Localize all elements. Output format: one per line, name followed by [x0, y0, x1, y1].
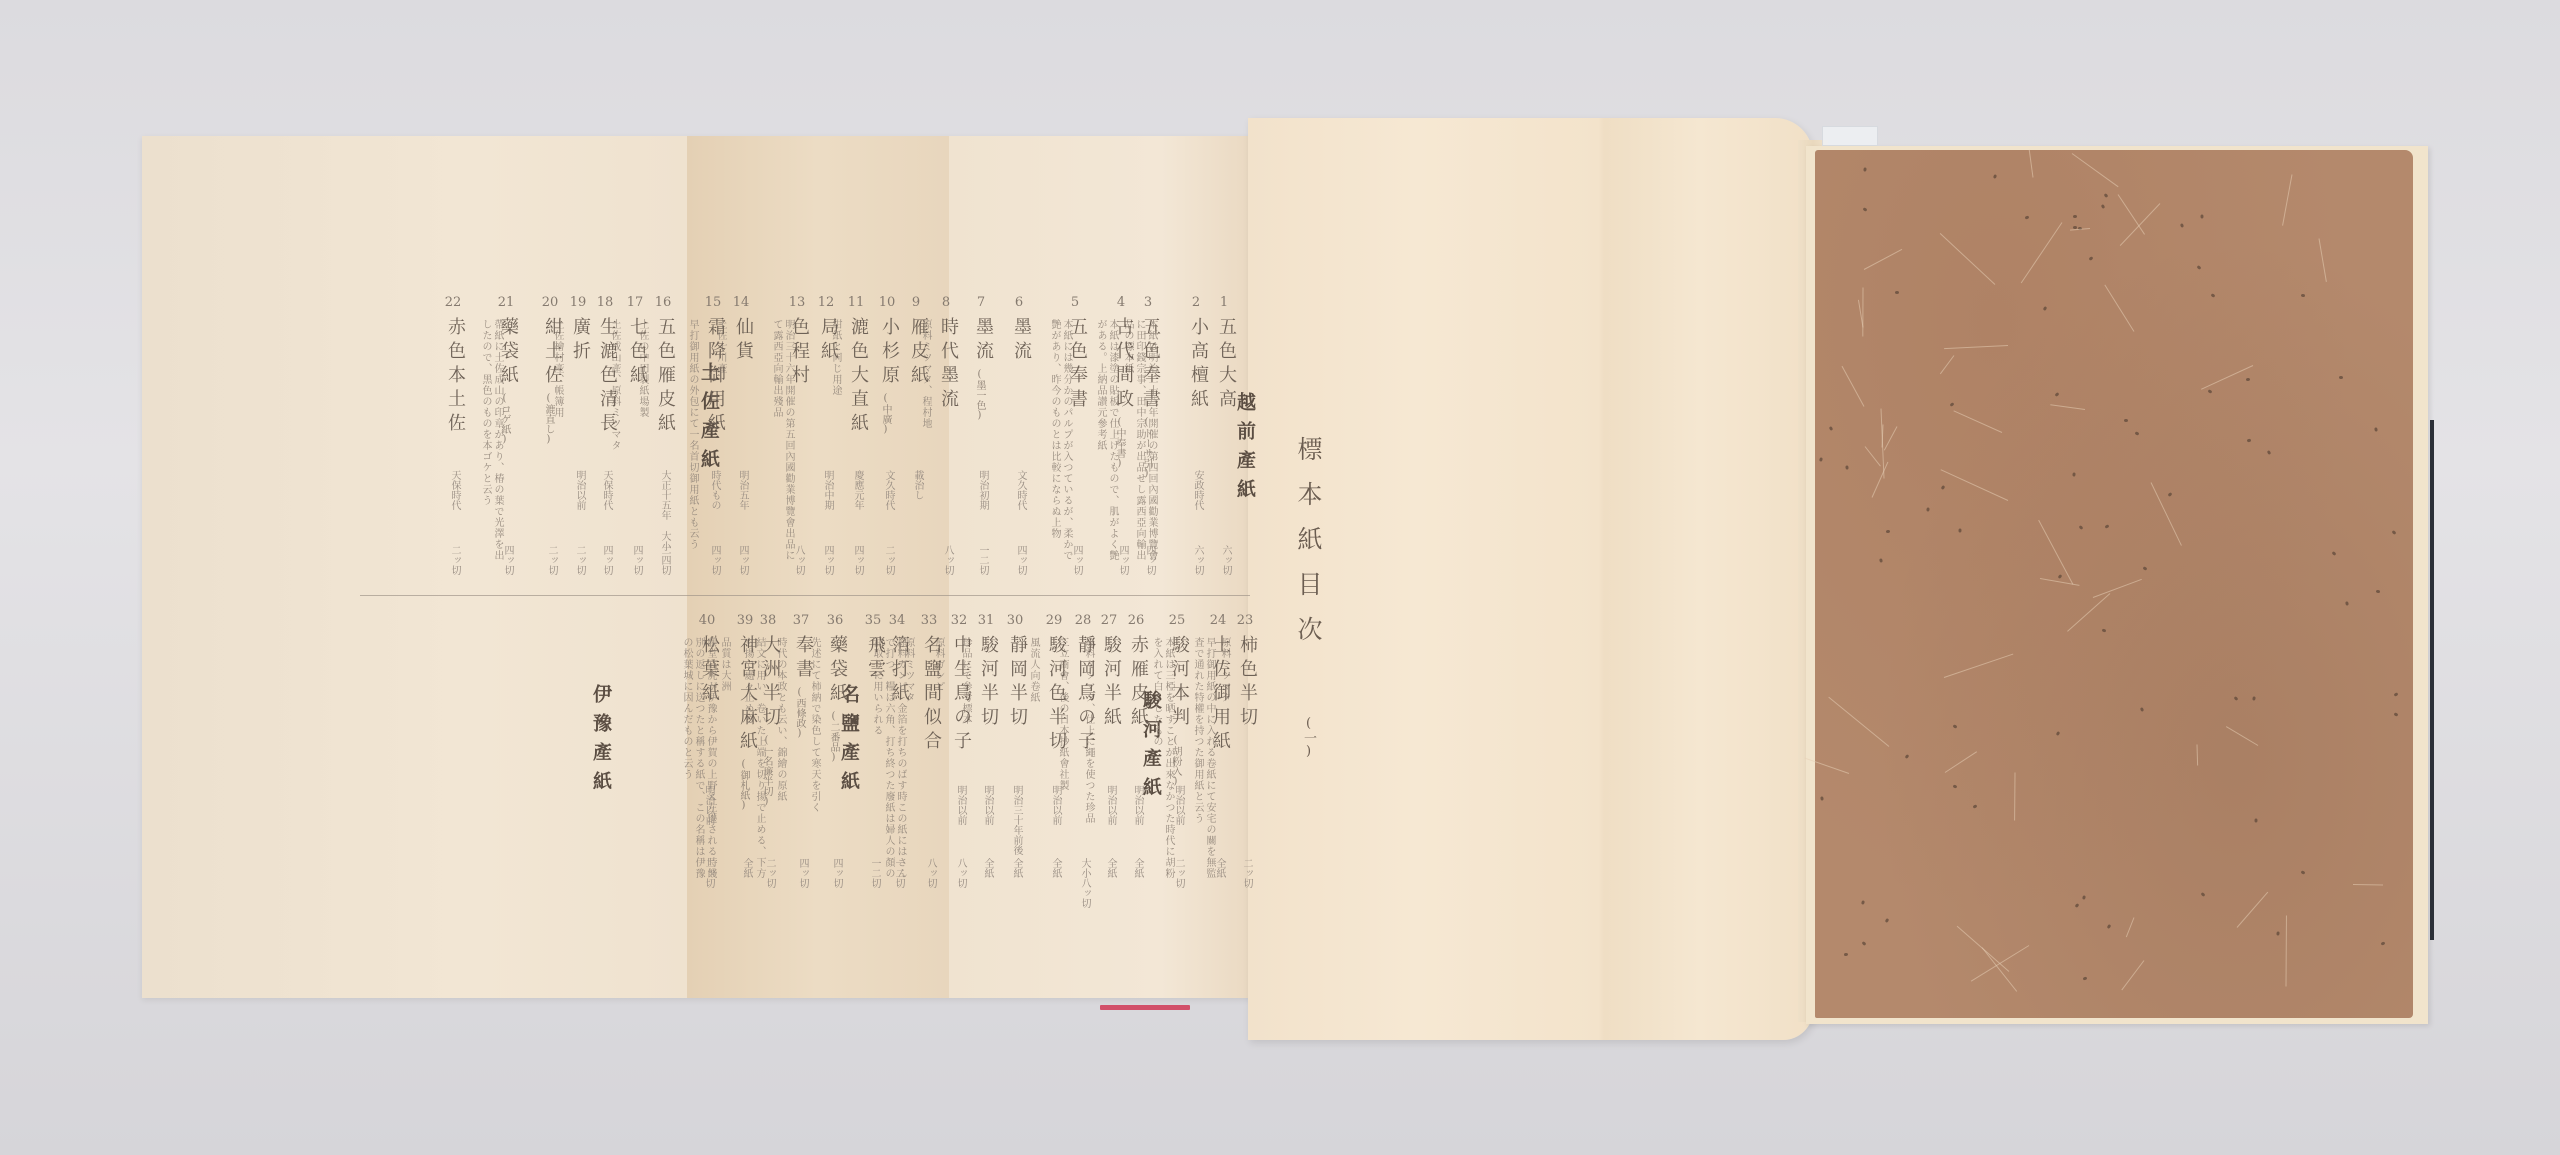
toc-entry: 30靜岡半切明治三十年前後全紙	[1004, 613, 1028, 943]
entry-name: 柿色半切	[1234, 635, 1260, 731]
entry-note: 明治三十六年開催の第五回內國勸業博覽會出品にて露西亞向輸出殘品	[770, 319, 794, 569]
entry-size: 二ッ切	[762, 858, 777, 888]
entry-number: 6	[1008, 295, 1030, 310]
paper-fleck	[2072, 472, 2075, 476]
entry-period: 文久時代	[881, 470, 896, 510]
paper-fiber	[1944, 654, 2014, 678]
entry-size: 二ッ切	[1239, 858, 1254, 888]
entry-number: 15	[702, 295, 724, 310]
paper-fleck	[2089, 256, 2094, 261]
title-page[interactable]	[1248, 118, 1813, 1040]
entry-size: 四ッ切	[735, 545, 750, 575]
paper-fleck	[2252, 697, 2256, 701]
volume-number: (一)	[1301, 716, 1316, 759]
entry-size: 全紙	[1103, 858, 1118, 878]
paper-fleck	[2301, 870, 2306, 874]
brown-specimen-paper	[1815, 150, 2413, 1018]
entry-name: 駿河半紙	[1098, 635, 1124, 731]
paper-fleck	[2345, 601, 2349, 606]
entry-number: 9	[905, 295, 927, 310]
paper-fiber	[2093, 579, 2142, 598]
entry-number: 32	[948, 613, 970, 628]
toc-entry: 20紺土佐(漉直し)二ッ切	[539, 295, 563, 625]
paper-fleck	[2124, 419, 2128, 422]
paper-fiber	[2237, 891, 2269, 927]
paper-fiber	[1842, 366, 1865, 407]
entry-name: 神宮大麻紙	[734, 635, 760, 755]
entry-number: 34	[886, 613, 908, 628]
entry-name: 小杉原	[876, 317, 902, 389]
toc-entry: 3五色奉書(ドーサ引)本紙は明治二十八年開催の第四回內國勸業博覽會に田印錢宗事、…	[1137, 295, 1161, 625]
entry-size: 二四切	[657, 545, 672, 575]
entry-number: 12	[815, 295, 837, 310]
entry-number: 24	[1207, 613, 1229, 628]
paper-fleck	[2074, 903, 2079, 908]
paper-fleck	[2247, 438, 2252, 442]
paper-fleck	[1819, 457, 1823, 462]
entry-number: 26	[1125, 613, 1147, 628]
entry-period: 天保時代	[599, 470, 614, 510]
entry-number: 39	[734, 613, 756, 628]
entry-name: 藥袋紙	[824, 635, 850, 707]
entry-number: 14	[730, 295, 752, 310]
paper-fleck	[2339, 376, 2343, 379]
paper-fleck	[2140, 707, 2144, 712]
paper-fiber	[2117, 194, 2144, 234]
entry-name: 紺土佐	[539, 317, 565, 389]
paper-fiber	[1862, 288, 1863, 337]
entry-period: 明治中期	[820, 470, 835, 510]
paper-fleck	[2276, 931, 2280, 935]
entry-number: 31	[975, 613, 997, 628]
entry-name: 駿河色半切	[1043, 635, 1069, 755]
paper-fleck	[2101, 629, 2106, 633]
toc-entry: 26赤雁皮紙明治以前全紙	[1125, 613, 1149, 943]
paper-fleck	[2106, 924, 2111, 929]
entry-name: 駿河半切	[975, 635, 1001, 731]
toc-entry: 2小高檀紙安政時代六ッ切	[1185, 295, 1209, 625]
entry-number: 33	[918, 613, 940, 628]
paper-fleck	[1949, 402, 1954, 407]
toc-entry: 34箔打紙原料ガンピ、金箔を打ちのばす時この紙にはさんで打つ、糧は六角、打ち終つ…	[886, 613, 910, 943]
paper-fiber	[2319, 238, 2327, 282]
entry-number: 37	[790, 613, 812, 628]
toc-entry: 31駿河半切珍品にて參考標本明治以前全紙	[975, 613, 999, 943]
entry-number: 11	[845, 295, 867, 310]
entry-size: 四ッ切	[599, 545, 614, 575]
paper-fiber	[2051, 405, 2085, 411]
paper-fiber	[1944, 345, 2008, 349]
entry-note: 本紙は漆塗の貼板で仕上げたもので、肌がよく艶がある。上納品讃元參考紙	[1094, 319, 1118, 569]
paper-fleck	[2142, 566, 2147, 571]
entry-size: 四ッ切	[500, 545, 515, 575]
paper-fiber	[1884, 427, 1897, 451]
entry-name: 赤色本土佐	[442, 317, 468, 437]
entry-size: 全紙	[1048, 858, 1063, 878]
entry-name: 靜岡半切	[1004, 635, 1030, 731]
paper-fiber	[2201, 365, 2253, 390]
paper-fiber	[2104, 284, 2134, 331]
toc-entry: 13色程村明治三十六年開催の第五回內國勸業博覽會出品にて露西亞向輸出殘品八ッ切	[786, 295, 810, 625]
entry-number: 8	[935, 295, 957, 310]
paper-fleck	[1863, 167, 1866, 171]
paper-fiber	[2282, 175, 2292, 227]
paper-fleck	[2078, 525, 2083, 530]
paper-fleck	[1953, 785, 1958, 789]
paper-fiber	[2353, 884, 2383, 886]
paper-fleck	[2234, 696, 2239, 701]
paper-fleck	[1829, 426, 1833, 431]
paper-fiber	[2014, 772, 2015, 820]
entry-subtitle: (漉直し)	[541, 393, 556, 445]
entry-size: 六ッ切	[1190, 545, 1205, 575]
paper-fleck	[2267, 450, 2271, 455]
paper-fleck	[2374, 427, 2378, 432]
entry-number: 1	[1213, 295, 1235, 310]
entry-name: 生漉色清長	[594, 317, 620, 437]
entry-size: 全紙	[1212, 858, 1227, 878]
entry-size: 全紙	[980, 858, 995, 878]
paper-fleck	[1861, 901, 1865, 906]
paper-fleck	[2196, 265, 2201, 270]
entry-number: 5	[1064, 295, 1086, 310]
toc-entry: 17七色紙土佐成山產、原料ミツマタ四ッ切	[624, 295, 648, 625]
toc-entry: 5五色奉書本紙には幾分かのパルプが入つているが、柔かで艶があり、昨今のものとは比…	[1064, 295, 1088, 625]
paper-fleck	[2180, 223, 2184, 228]
entry-size: 二ッ切	[447, 545, 462, 575]
toc-entry: 38大洲半切(一名廉半切)結文に用い、卷いた上端を切り揚で止める、下方も揚で處々…	[757, 613, 781, 943]
entry-period: 明治初期	[975, 470, 990, 510]
entry-name: 中生鳥の子	[948, 635, 974, 755]
paper-fiber	[2070, 228, 2090, 231]
entry-name: 雁皮紙	[905, 317, 931, 389]
paper-fleck	[2376, 590, 2380, 593]
entry-name: 五色雁皮紙	[652, 317, 678, 437]
paper-fiber	[2038, 519, 2073, 584]
entry-size: 全紙	[739, 858, 754, 878]
entry-name: 五色大高	[1213, 317, 1239, 413]
entry-number: 23	[1234, 613, 1256, 628]
toc-entry: 39神宮大麻紙(御札紙)品質は大洲全紙	[734, 613, 758, 943]
toc-entry: 18生漉色清長天保時代四ッ切	[594, 295, 618, 625]
entry-number: 28	[1072, 613, 1094, 628]
toc-entry: 22赤色本土佐天保時代二ッ切	[442, 295, 466, 625]
paper-fiber	[2150, 482, 2181, 545]
paper-fiber	[2196, 745, 2198, 766]
entry-size: 全紙	[1130, 858, 1145, 878]
entry-period: 明治以前	[1130, 785, 1145, 825]
entry-period: 時代もの	[707, 470, 722, 510]
entry-subtitle: (中廣)	[878, 393, 893, 435]
paper-fiber	[2071, 153, 2118, 187]
entry-period: 安政時代	[1190, 470, 1205, 510]
entry-size: 大小八ッ切	[1077, 858, 1092, 908]
paper-fleck	[1952, 724, 1957, 729]
entry-period: 明治以前	[980, 785, 995, 825]
spine-edge	[2430, 420, 2434, 940]
toc-entry: 33名鹽間似合原料ミツマタ八ッ切	[918, 613, 942, 943]
paper-fleck	[2072, 214, 2076, 217]
paper-fleck	[1820, 796, 1824, 800]
paper-fiber	[1940, 355, 1955, 374]
entry-number: 40	[696, 613, 718, 628]
toc-entry: 32中生鳥の子原料ガンピ明治以前八ッ切	[948, 613, 972, 943]
entry-note: 早打御用紙の外包にて一名首切御用紙とも云う	[686, 319, 698, 569]
paper-fleck	[1863, 208, 1868, 213]
paper-fleck	[1885, 530, 1889, 534]
entry-number: 29	[1043, 613, 1065, 628]
entry-size: 八ッ切	[940, 545, 955, 575]
paper-fleck	[2104, 193, 2109, 198]
entry-note: 本紙は三椏を晒すことが出來なかつた時代に胡粉を入れて白くしたもの	[1150, 637, 1174, 887]
entry-period: 大正十五年 大小	[657, 470, 672, 551]
entry-number: 21	[495, 295, 517, 310]
toc-entry: 21藥袋紙(コゲ紙)帶紙に土佐成山の印章があり、椿の葉で光澤を出したので、黑色の…	[495, 295, 519, 625]
entry-period: 明治五年	[735, 470, 750, 510]
entry-number: 20	[539, 295, 561, 310]
entry-size: 八ッ切	[923, 858, 938, 888]
paper-fleck	[2208, 389, 2213, 394]
entry-subtitle: (二番品)	[826, 711, 841, 763]
entry-period: 明治以前	[701, 785, 716, 825]
entry-period: 天保時代	[447, 470, 462, 510]
toc-entry: 12局紙明治中期四ッ切	[815, 295, 839, 625]
toc-entry: 11漉色大直紙紺紙と同じ用途慶應元年四ッ切	[845, 295, 869, 625]
paper-fleck	[1879, 558, 1883, 563]
toc-entry: 37奉書(西條政)時代の本政とも云い、錦繪の原紙四ッ切	[790, 613, 814, 943]
paper-fiber	[2040, 578, 2079, 586]
entry-name: 墨流	[1008, 317, 1034, 365]
entry-note: 藤堂高虎が伊豫から伊賀の上野え左遷される時餞別の返しに送つたと稱する紙で、この名…	[680, 637, 716, 887]
entry-size: 四ッ切	[1142, 545, 1157, 575]
entry-size: 二ッ切	[1171, 858, 1186, 888]
entry-number: 22	[442, 295, 464, 310]
toc-entry: 15霜降御用紙早打御用紙の外包にて一名首切御用紙とも云う時代もの四ッ切	[702, 295, 726, 625]
entry-name: 廣折	[567, 317, 593, 365]
entry-number: 2	[1185, 295, 1207, 310]
entry-number: 35	[862, 613, 884, 628]
paper-fiber	[1941, 470, 2008, 502]
paper-fiber	[1872, 461, 1889, 497]
entry-number: 36	[824, 613, 846, 628]
entry-period: 文久時代	[1013, 470, 1028, 510]
entry-number: 38	[757, 613, 779, 628]
entry-name: 奉書	[790, 635, 816, 683]
toc-entry: 10小杉原(中廣)文久時代二ッ切	[876, 295, 900, 625]
entry-number: 7	[970, 295, 992, 310]
paper-fleck	[2083, 976, 2088, 980]
toc-entry: 24土佐御用紙早打御用紙の中に入れる卷紙にて安宅の關を無監査で通れた特權を持つた…	[1207, 613, 1231, 943]
paper-fleck	[2167, 493, 2172, 498]
entry-number: 3	[1137, 295, 1159, 310]
paper-fleck	[1885, 918, 1890, 923]
entry-name: 靜岡鳥の子	[1072, 635, 1098, 755]
paper-fleck	[2025, 215, 2030, 219]
entry-size: 八ッ切	[953, 858, 968, 888]
paper-fleck	[2391, 530, 2396, 535]
entry-number: 10	[876, 295, 898, 310]
paper-fleck	[2394, 713, 2399, 718]
entry-name: 赤雁皮紙	[1125, 635, 1151, 731]
paper-fleck	[2105, 524, 2110, 529]
entry-period: 慶應元年	[850, 470, 865, 510]
entry-note: 早打御用紙の中に入れる卷紙にて安宅の關を無監査で通れた特權を持つた御用紙と云う	[1191, 637, 1215, 887]
paper-fiber	[1945, 751, 1978, 773]
paper-fleck	[2210, 293, 2215, 298]
entry-size: 四ッ切	[1069, 545, 1084, 575]
entry-number: 30	[1004, 613, 1026, 628]
paper-fleck	[2082, 895, 2086, 900]
paper-fleck	[1926, 508, 1930, 512]
paper-fiber	[2068, 593, 2111, 631]
entry-number: 4	[1110, 295, 1132, 310]
entry-name: 時代墨流	[935, 317, 961, 413]
entry-number: 19	[567, 295, 589, 310]
paper-fleck	[2332, 551, 2337, 556]
toc-entry: 25駿河本判(胡粉入)本紙は三椏を晒すことが出來なかつた時代に胡粉を入れて白くし…	[1166, 613, 1190, 943]
red-tape-strip	[1100, 1005, 1190, 1010]
entry-number: 13	[786, 295, 808, 310]
toc-entry: 9雁皮紙載治し	[905, 295, 929, 625]
paper-fiber	[1953, 410, 2002, 433]
paper-fleck	[1941, 485, 1946, 490]
entry-size: 六ッ切	[1218, 545, 1233, 575]
toc-entry: 14仙貨土佐十川產明治五年四ッ切	[730, 295, 754, 625]
toc-entry: 19廣折土佐檜村產、帳簿用明治以前二ッ切	[567, 295, 591, 625]
entry-number: 16	[652, 295, 674, 310]
toc-entry: 35飛雲一二切	[862, 613, 886, 943]
paper-fleck	[2255, 818, 2258, 822]
bookmark-tab[interactable]	[1822, 126, 1878, 146]
paper-fiber	[2126, 918, 2135, 938]
paper-fleck	[1844, 953, 1848, 956]
entry-name: 墨流	[970, 317, 996, 365]
paper-fiber	[1828, 696, 1889, 746]
entry-name: 飛雲	[862, 635, 888, 683]
toc-entry: 1五色大高六ッ切	[1213, 295, 1237, 625]
entry-period: 明治三十年前後	[1009, 785, 1024, 855]
entry-number: 18	[594, 295, 616, 310]
toc-entry: 28靜岡鳥の子三立商會、後の日本抄紙會社製大小八ッ切	[1072, 613, 1096, 943]
paper-fiber	[2021, 223, 2063, 284]
paper-fiber	[1865, 446, 1881, 466]
entry-size: 四ッ切	[795, 858, 810, 888]
entry-name: 名鹽間似合	[918, 635, 944, 755]
paper-fleck	[2042, 306, 2047, 311]
entry-number: 17	[624, 295, 646, 310]
entry-size: 一二切	[975, 545, 990, 575]
paper-fleck	[1973, 805, 1978, 809]
toc-entry: 27駿河半紙原料ミツマタ、仕上に繩を使つた珍品明治以前全紙	[1098, 613, 1122, 943]
paper-fleck	[2381, 942, 2386, 946]
title-text: 標本紙目次	[1294, 436, 1323, 661]
paper-fleck	[1905, 754, 1910, 759]
toc-entry: 16五色雁皮紙土佐の中田製紙場製大正十五年 大小二四切	[652, 295, 676, 625]
entry-size: 一二切	[891, 858, 906, 888]
paper-fleck	[2100, 204, 2104, 209]
entry-size: 二ッ切	[572, 545, 587, 575]
entry-period: 明治以前	[1048, 785, 1063, 825]
toc-entry: 8時代墨流原料ミツマタ、程村地八ッ切	[935, 295, 959, 625]
paper-fiber	[2286, 915, 2287, 986]
entry-name: 霜降御用紙	[702, 317, 728, 437]
entry-period: 明治以前	[953, 785, 968, 825]
paper-fiber	[1864, 249, 1902, 270]
entry-number: 25	[1166, 613, 1188, 628]
entry-name: 仙貨	[730, 317, 756, 365]
paper-fleck	[2201, 893, 2206, 898]
entry-size: 四ッ切	[629, 545, 644, 575]
entry-subtitle: (御札紙)	[736, 759, 751, 811]
paper-fiber	[2226, 726, 2258, 746]
paper-fleck	[2200, 215, 2203, 219]
paper-fleck	[2056, 731, 2060, 736]
entry-name: 漉色大直紙	[845, 317, 871, 437]
paper-fleck	[2135, 432, 2140, 437]
entry-size: 四ッ切	[829, 858, 844, 888]
paper-fiber	[1939, 233, 1995, 285]
entry-period: 載治し	[910, 470, 925, 500]
entry-size: 二ッ切	[544, 545, 559, 575]
section-iyo: 伊豫產紙	[588, 684, 615, 800]
entry-size: 四ッ切	[1013, 545, 1028, 575]
paper-fleck	[1861, 941, 1866, 946]
paper-fleck	[1958, 528, 1961, 532]
toc-entry: 29駿河色半切風流人向卷紙明治以前全紙	[1043, 613, 1067, 943]
entry-size: 二ッ切	[881, 545, 896, 575]
entry-period: 明治以前	[572, 470, 587, 510]
paper-fiber	[2120, 203, 2160, 246]
entry-size: 二ッ切	[701, 858, 716, 888]
entry-name: 小高檀紙	[1185, 317, 1211, 413]
paper-fiber	[2029, 150, 2034, 178]
entry-size: 四ッ切	[850, 545, 865, 575]
entry-note: 本紙には幾分かのパルプが入つているが、柔かで艶があり、昨今のものとは比較にならぬ…	[1048, 319, 1072, 569]
entry-subtitle: (墨一色)	[972, 369, 987, 421]
entry-size: 全紙	[1009, 858, 1024, 878]
toc-entry: 7墨流(墨一色)明治初期一二切	[970, 295, 994, 625]
entry-subtitle: (西條政)	[792, 687, 807, 739]
paper-fleck	[1846, 465, 1849, 469]
entry-size: 四ッ切	[820, 545, 835, 575]
entry-size: 四ッ切	[707, 545, 722, 575]
entry-number: 27	[1098, 613, 1120, 628]
toc-entry: 23柿色半切原料ミツマタ二ッ切	[1234, 613, 1258, 943]
paper-fleck	[2058, 574, 2063, 579]
paper-fleck	[1993, 174, 1997, 179]
entry-name: 七色紙	[624, 317, 650, 389]
paper-fleck	[2394, 692, 2399, 697]
toc-entry: 36藥袋紙(二番品)先述にて柿納で染色して寒天を引く四ッ切	[824, 613, 848, 943]
paper-fleck	[2301, 294, 2305, 297]
document-title: 標本紙目次 (一)	[1290, 436, 1326, 759]
toc-entry: 6墨流文久時代四ッ切	[1008, 295, 1032, 625]
paper-fleck	[2055, 392, 2060, 397]
paper-fiber	[2122, 961, 2145, 991]
entry-period: 明治以前	[1103, 785, 1118, 825]
entry-note: 帶紙に土佐成山の印章があり、椿の葉で光澤を出したので、黑色のものを本ゴケと云う	[479, 319, 503, 569]
toc-entry: 4古代間政(中奉書)本紙は漆塗の貼板で仕上げたもので、肌がよく艶がある。上納品讃…	[1110, 295, 1134, 625]
toc-entry: 40松葉紙藤堂高虎が伊豫から伊賀の上野え左遷される時餞別の返しに送つたと稱する紙…	[696, 613, 720, 943]
paper-fleck	[2246, 378, 2250, 382]
entry-size: 四ッ切	[1115, 545, 1130, 575]
entry-size: 一二切	[867, 858, 882, 888]
paper-fleck	[1895, 291, 1899, 294]
entry-name: 局紙	[815, 317, 841, 365]
entry-size: 八ッ切	[791, 545, 806, 575]
entry-period: 明治以前	[1171, 785, 1186, 825]
